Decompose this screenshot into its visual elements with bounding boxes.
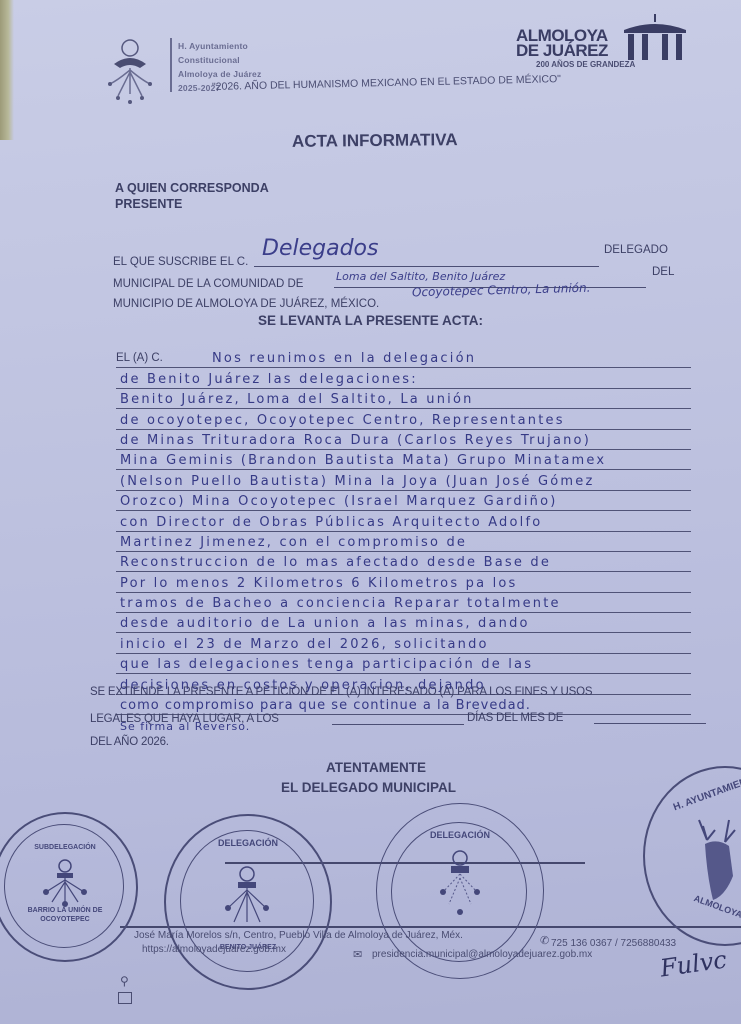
handwritten-text: inicio el 23 de Marzo del 2026, solicita… <box>120 637 489 652</box>
handwritten-text: como compromiso para que se continue a l… <box>120 698 531 713</box>
stamp-text: DELEGACIÓN <box>377 830 543 840</box>
body-line: (Nelson Puello Bautista) Mina la Joya (J… <box>116 470 691 490</box>
acta-body[interactable]: EL (A) C.Nos reunimos en la delegaciónde… <box>116 348 691 734</box>
body-line: de Benito Juárez las delegaciones: <box>116 368 691 388</box>
intro-label: DELEGADO <box>604 244 668 256</box>
stamp-ayuntamiento: H. AYUNTAMIENTO CO ALMOLOYA DE <box>643 766 741 946</box>
body-line: Orozco) Mina Ocoyotepec (Israel Marquez … <box>116 491 691 511</box>
body-label: EL (A) C. <box>116 352 163 364</box>
handwritten-text: Orozco) Mina Ocoyotepec (Israel Marquez … <box>120 494 558 509</box>
handwritten-text: Martinez Jimenez, con el compromiso de <box>120 535 467 550</box>
org-line: Almoloya de Juárez <box>178 67 261 81</box>
stamp-text: BARRIO LA UNIÓN DE OCOYOTEPEC <box>0 906 136 924</box>
body-line: de Minas Trituradora Roca Dura (Carlos R… <box>116 430 691 450</box>
subscriber-field[interactable]: Delegados <box>262 236 378 261</box>
sign-off-title: EL DELEGADO MUNICIPAL <box>281 780 456 795</box>
figure-emblem-icon <box>40 858 90 908</box>
closing-text: DÍAS DEL MES DE <box>467 712 563 724</box>
salutation-line: PRESENTE <box>115 196 269 212</box>
intro-label: DEL <box>652 266 674 278</box>
handwritten-text: Por lo menos 2 Kilometros 6 Kilometros p… <box>120 576 518 591</box>
handwritten-text: Nos reunimos en la delegación <box>212 351 476 366</box>
brand-logo: ALMOLOYADE JUÁREZ 200 AÑOS DE GRANDEZA <box>516 14 696 74</box>
figure-emblem-icon <box>435 848 485 918</box>
header-divider <box>170 38 172 92</box>
body-line: Martinez Jimenez, con el compromiso de <box>116 532 691 552</box>
stamp-text: SUBDELEGACIÓN <box>0 844 136 851</box>
handwritten-signature: Fulvc <box>658 945 728 982</box>
body-line: Por lo menos 2 Kilometros 6 Kilometros p… <box>116 572 691 592</box>
municipal-logo-icon <box>100 34 160 109</box>
body-line: Benito Juárez, Loma del Saltito, La unió… <box>116 389 691 409</box>
handwritten-text: de Minas Trituradora Roca Dura (Carlos R… <box>120 433 591 448</box>
handwritten-text: desde auditorio de La union a las minas,… <box>120 616 530 631</box>
body-line: inicio el 23 de Marzo del 2026, solicita… <box>116 633 691 653</box>
handwritten-text: Benito Juárez, Loma del Saltito, La unió… <box>120 392 474 407</box>
intro-label: MUNICIPAL DE LA COMUNIDAD DE <box>113 278 303 290</box>
closing-text: SE EXTIENDE LA PRESENTE A PETICIÓN DE EL… <box>90 686 592 698</box>
handwritten-text: (Nelson Puello Bautista) Mina la Joya (J… <box>120 474 594 489</box>
location-pin-icon: ⚲ <box>120 974 129 988</box>
building-icon <box>118 992 132 1004</box>
deer-emblem-icon <box>689 816 741 906</box>
body-line: Reconstruccion de lo mas afectado desde … <box>116 552 691 572</box>
body-line: desde auditorio de La union a las minas,… <box>116 613 691 633</box>
body-line: de ocoyotepec, Ocoyotepec Centro, Repres… <box>116 409 691 429</box>
body-line: con Director de Obras Públicas Arquitect… <box>116 511 691 531</box>
day-field-line <box>332 724 464 725</box>
body-line: que las delegaciones tenga participación… <box>116 654 691 674</box>
handwritten-text: de ocoyotepec, Ocoyotepec Centro, Repres… <box>120 413 565 428</box>
brand-line: DE JUÁREZ <box>516 43 608 58</box>
handwritten-text: de Benito Juárez las delegaciones: <box>120 372 418 387</box>
motto: "2026. AÑO DEL HUMANISMO MEXICANO EN EL … <box>212 73 561 93</box>
footer-address: José María Morelos s/n, Centro, Pueblo V… <box>134 930 463 941</box>
handwritten-text: con Director de Obras Públicas Arquitect… <box>120 515 542 530</box>
intro-label: MUNICIPIO DE ALMOLOYA DE JUÁREZ, MÉXICO. <box>113 298 379 310</box>
email-icon: ✉ <box>353 948 362 961</box>
closing-text: DEL AÑO 2026. <box>90 736 169 748</box>
paper-edge-shadow <box>0 0 14 140</box>
phone-icon: ✆ <box>540 934 549 947</box>
monument-icon <box>620 14 690 62</box>
locality-field[interactable]: Ocoyotepec Centro, La unión. <box>412 281 591 300</box>
body-line: Mina Geminis (Brandon Bautista Mata) Gru… <box>116 450 691 470</box>
handwritten-text: Reconstruccion de lo mas afectado desde … <box>120 555 551 570</box>
stamp-subdelegacion: SUBDELEGACIÓN BARRIO LA UNIÓN DE OCOYOTE… <box>0 812 138 962</box>
stamp-text: DELEGACIÓN <box>166 838 330 848</box>
handwritten-text: tramos de Bacheo a conciencia Reparar to… <box>120 596 561 611</box>
salutation-line: A QUIEN CORRESPONDA <box>115 180 269 196</box>
intro-label: EL QUE SUSCRIBE EL C. <box>113 256 248 268</box>
stamp-text: H. AYUNTAMIENTO CO <box>648 757 741 822</box>
handwritten-text: que las delegaciones tenga participación… <box>120 657 533 672</box>
stamp-delegacion-benito-juarez: DELEGACIÓN BENITO JUÁREZ <box>164 814 332 990</box>
body-line: EL (A) C.Nos reunimos en la delegación <box>116 348 691 368</box>
sign-off: ATENTAMENTE <box>326 760 426 775</box>
fill-line <box>254 266 599 267</box>
handwritten-text: Mina Geminis (Brandon Bautista Mata) Gru… <box>120 453 606 468</box>
document-title: ACTA INFORMATIVA <box>292 130 458 152</box>
footer-email-link[interactable]: presidencia.municipal@almoloyadejuarez.g… <box>372 949 592 960</box>
figure-emblem-icon <box>222 864 272 930</box>
footer-website-link[interactable]: https://almoloyadejuarez.gob.mx <box>142 944 286 955</box>
salutation: A QUIEN CORRESPONDA PRESENTE <box>115 180 269 212</box>
community-field[interactable]: Loma del Saltito, Benito Juárez <box>336 270 505 283</box>
body-line: tramos de Bacheo a conciencia Reparar to… <box>116 593 691 613</box>
section-heading: SE LEVANTA LA PRESENTE ACTA: <box>258 313 483 328</box>
brand-tagline: 200 AÑOS DE GRANDEZA <box>536 60 635 69</box>
org-line: Constitucional <box>178 53 261 67</box>
org-line: H. Ayuntamiento <box>178 39 261 53</box>
footer-phone: 725 136 0367 / 7256880433 <box>551 938 676 949</box>
month-field-line <box>594 723 706 724</box>
closing-text: LEGALES QUE HAYA LUGAR, A LOS <box>90 713 279 725</box>
